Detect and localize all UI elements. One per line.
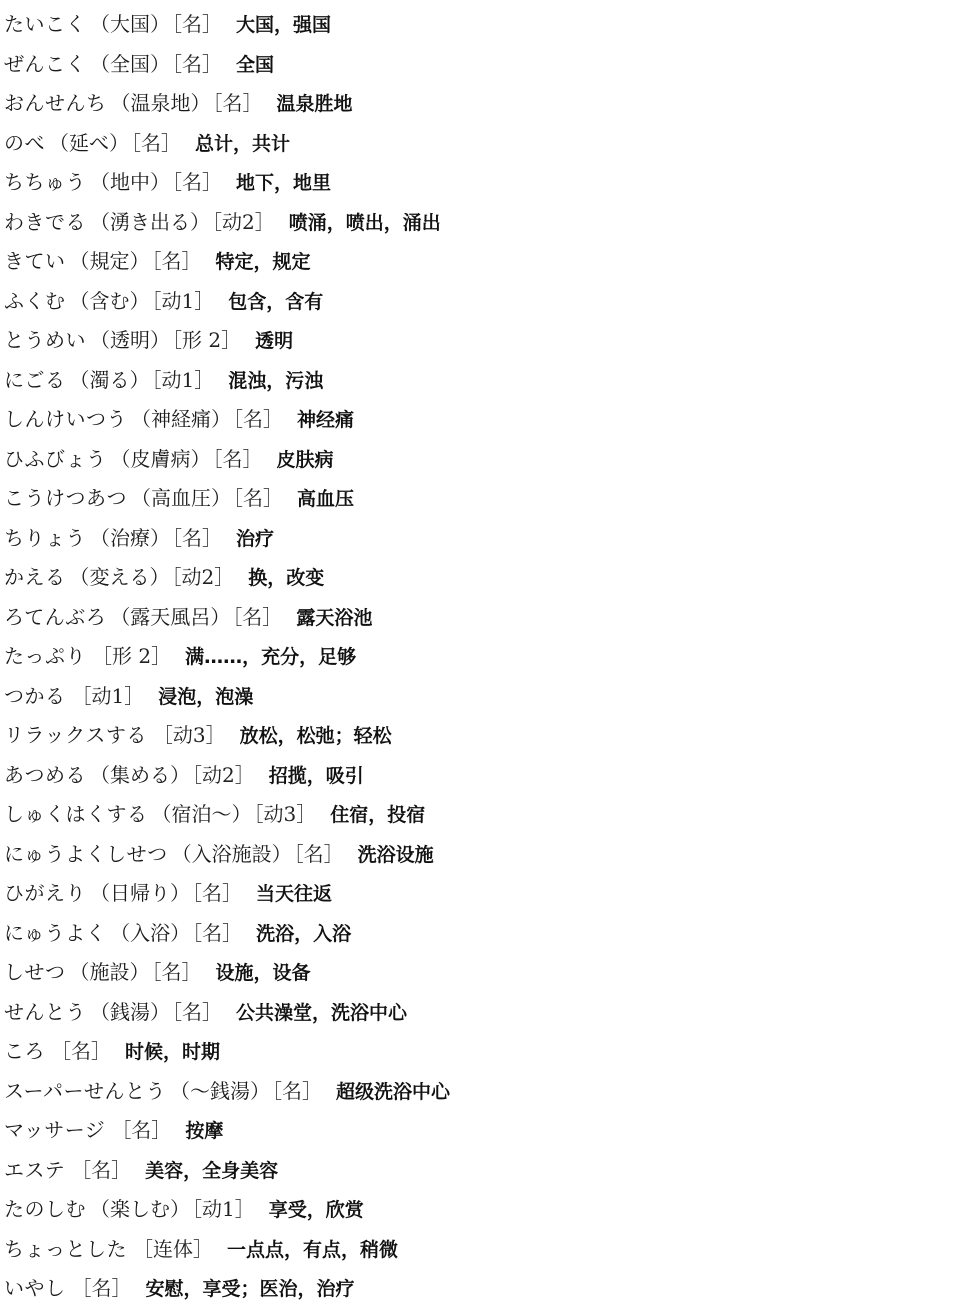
entry-reading: にごる [4,368,66,392]
entry-reading: しんけいつう [4,407,127,431]
entry-meaning: 住宿，投宿 [330,804,425,826]
entry-meaning: 满……，充分，足够 [185,646,356,668]
entry-meaning: 透明 [255,330,293,352]
entry-part-of-speech: ［名］ [233,407,283,431]
entry-meaning: 放松，松弛；轻松 [240,725,392,747]
entry-meaning: 地下，地里 [236,172,331,194]
entry-reading: しせつ [4,960,66,984]
entry-part-of-speech: ［动1］ [152,368,215,392]
entry-reading: ろてんぶろ [4,605,106,629]
entry-reading: スーパーせんとう [4,1079,166,1103]
entry-part-of-speech: ［动1］ [192,1197,255,1221]
vocabulary-list: たいこく（大国）［名］大国，强国 ぜんこく（全国）［名］全国 おんせんち（温泉地… [4,6,450,1310]
entry-kanji: （施設） [70,960,150,984]
entry-meaning: 包含，含有 [228,291,323,313]
entry-kanji: （全国） [90,52,170,76]
entry-kanji: （楽しむ） [90,1197,190,1221]
entry-reading: エステ [4,1158,65,1182]
entry-reading: あつめる [4,763,86,787]
entry-meaning: 喷涌，喷出，涌出 [289,212,441,234]
entry-part-of-speech: ［名］ [152,249,202,273]
vocabulary-entry: ころ［名］时候，时期 [4,1033,450,1073]
vocabulary-entry: にごる（濁る）［动1］混浊，污浊 [4,362,450,402]
entry-meaning: 总计，共计 [195,133,290,155]
vocabulary-entry: マッサージ［名］按摩 [4,1112,450,1152]
entry-meaning: 享受，欣赏 [269,1199,364,1221]
entry-reading: たっぷり [4,644,86,668]
vocabulary-entry: つかる［动1］浸泡，泡澡 [4,678,450,718]
entry-kanji: （湧き出る） [90,210,210,234]
entry-meaning: 温泉胜地 [277,93,353,115]
vocabulary-entry: しせつ（施設）［名］设施，设备 [4,954,450,994]
entry-meaning: 时候，时期 [125,1041,220,1063]
entry-reading: きてい [4,249,66,273]
entry-part-of-speech: ［名］ [233,486,283,510]
entry-kanji: （地中） [90,170,170,194]
entry-meaning: 露天浴池 [296,607,372,629]
entry-part-of-speech: ［名］ [172,12,222,36]
vocabulary-entry: スーパーせんとう（～銭湯）［名］超级洗浴中心 [4,1073,450,1113]
entry-kanji: （入浴施設） [172,842,292,866]
entry-kanji: （高血圧） [131,486,231,510]
entry-meaning: 公共澡堂，洗浴中心 [236,1002,407,1024]
vocabulary-entry: わきでる（湧き出る）［动2］喷涌，喷出，涌出 [4,204,450,244]
entry-reading: せんとう [4,1000,86,1024]
entry-part-of-speech: ［形 2］ [172,328,241,352]
entry-reading: たいこく [4,12,86,36]
entry-reading: いやし [4,1276,66,1300]
vocabulary-entry: いやし［名］安慰，享受；医治，治疗 [4,1270,450,1310]
vocabulary-entry: ちりょう（治療）［名］治疗 [4,520,450,560]
entry-kanji: （濁る） [70,368,150,392]
entry-part-of-speech: ［动1］ [72,684,145,708]
entry-reading: マッサージ [4,1118,105,1142]
vocabulary-entry: せんとう（銭湯）［名］公共澡堂，洗浴中心 [4,994,450,1034]
entry-kanji: （神経痛） [131,407,231,431]
entry-kanji: （規定） [70,249,150,273]
vocabulary-entry: ひがえり（日帰り）［名］当天往返 [4,875,450,915]
entry-reading: にゅうよく [4,921,106,945]
entry-part-of-speech: ［名］ [272,1079,322,1103]
entry-kanji: （治療） [90,526,170,550]
entry-kanji: （露天風呂） [110,605,230,629]
entry-meaning: 超级洗浴中心 [336,1081,450,1103]
entry-part-of-speech: ［动2］ [212,210,275,234]
entry-kanji: （入浴） [110,921,190,945]
entry-kanji: （銭湯） [90,1000,170,1024]
entry-meaning: 换，改变 [248,567,324,589]
entry-reading: しゅくはくする [4,802,148,826]
entry-reading: ふくむ [4,289,66,313]
entry-part-of-speech: ［名］ [172,526,222,550]
entry-part-of-speech: ［名］ [51,1039,111,1063]
entry-reading: とうめい [4,328,86,352]
vocabulary-entry: リラックスする［动3］放松，松弛；轻松 [4,717,450,757]
vocabulary-entry: エステ［名］美容，全身美容 [4,1152,450,1192]
entry-reading: こうけつあつ [4,486,127,510]
entry-meaning: 洗浴设施 [358,844,434,866]
vocabulary-entry: あつめる（集める）［动2］招揽，吸引 [4,757,450,797]
entry-reading: おんせんち [4,91,107,115]
entry-part-of-speech: ［动3］ [153,723,226,747]
entry-reading: ぜんこく [4,52,86,76]
vocabulary-entry: たのしむ（楽しむ）［动1］享受，欣赏 [4,1191,450,1231]
entry-reading: ひがえり [4,881,86,905]
entry-reading: ちょっとした [4,1237,127,1261]
entry-reading: ころ [4,1039,45,1063]
vocabulary-entry: のべ（延べ）［名］总计，共计 [4,125,450,165]
vocabulary-entry: たいこく（大国）［名］大国，强国 [4,6,450,46]
entry-kanji: （～銭湯） [170,1079,270,1103]
entry-reading: リラックスする [4,723,147,747]
entry-kanji: （宿泊～） [152,802,252,826]
entry-part-of-speech: ［名］ [72,1276,132,1300]
entry-part-of-speech: ［名］ [111,1118,171,1142]
entry-meaning: 安慰，享受；医治，治疗 [146,1278,355,1300]
vocabulary-entry: とうめい（透明）［形 2］透明 [4,322,450,362]
vocabulary-entry: しんけいつう（神経痛）［名］神经痛 [4,401,450,441]
entry-kanji: （透明） [90,328,170,352]
entry-meaning: 浸泡，泡澡 [158,686,253,708]
vocabulary-entry: きてい（規定）［名］特定，规定 [4,243,450,283]
entry-reading: つかる [4,684,66,708]
entry-reading: ひふびょう [4,447,107,471]
entry-part-of-speech: ［名］ [152,960,202,984]
entry-meaning: 按摩 [185,1120,223,1142]
entry-kanji: （温泉地） [111,91,211,115]
vocabulary-entry: しゅくはくする（宿泊～）［动3］住宿，投宿 [4,796,450,836]
entry-part-of-speech: ［名］ [213,447,263,471]
entry-meaning: 大国，强国 [236,14,331,36]
entry-reading: たのしむ [4,1197,86,1221]
entry-part-of-speech: ［名］ [71,1158,131,1182]
entry-part-of-speech: ［名］ [294,842,344,866]
entry-kanji: （皮膚病） [111,447,211,471]
entry-meaning: 设施，设备 [216,962,311,984]
entry-meaning: 当天往返 [256,883,332,905]
entry-meaning: 一点点，有点，稍微 [227,1239,398,1261]
vocabulary-entry: にゅうよくしせつ（入浴施設）［名］洗浴设施 [4,836,450,876]
entry-meaning: 皮肤病 [277,449,334,471]
entry-meaning: 美容，全身美容 [145,1160,278,1182]
vocabulary-entry: ろてんぶろ（露天風呂）［名］露天浴池 [4,599,450,639]
entry-kanji: （日帰り） [90,881,190,905]
entry-reading: わきでる [4,210,86,234]
entry-kanji: （変える） [70,565,170,589]
entry-part-of-speech: ［名］ [172,1000,222,1024]
entry-part-of-speech: ［名］ [172,52,222,76]
vocabulary-entry: たっぷり［形 2］满……，充分，足够 [4,638,450,678]
entry-reading: かえる [4,565,66,589]
vocabulary-entry: ちょっとした［连体］一点点，有点，稍微 [4,1231,450,1271]
vocabulary-entry: ひふびょう（皮膚病）［名］皮肤病 [4,441,450,481]
entry-kanji: （大国） [90,12,170,36]
entry-reading: ちちゅう [4,170,86,194]
entry-meaning: 招揽，吸引 [269,765,364,787]
entry-meaning: 特定，规定 [216,251,311,273]
entry-kanji: （延べ） [49,131,129,155]
entry-reading: ちりょう [4,526,86,550]
entry-part-of-speech: ［名］ [172,170,222,194]
entry-part-of-speech: ［动3］ [254,802,317,826]
entry-meaning: 全国 [236,54,274,76]
entry-meaning: 混浊，污浊 [228,370,323,392]
entry-meaning: 神经痛 [297,409,354,431]
vocabulary-entry: こうけつあつ（高血圧）［名］高血压 [4,480,450,520]
entry-part-of-speech: ［动1］ [152,289,215,313]
vocabulary-entry: ぜんこく（全国）［名］全国 [4,46,450,86]
entry-reading: のべ [4,131,45,155]
entry-part-of-speech: ［名］ [232,605,282,629]
entry-part-of-speech: ［动2］ [172,565,235,589]
entry-part-of-speech: ［动2］ [192,763,255,787]
vocabulary-entry: にゅうよく（入浴）［名］洗浴，入浴 [4,915,450,955]
vocabulary-entry: おんせんち（温泉地）［名］温泉胜地 [4,85,450,125]
entry-kanji: （集める） [90,763,190,787]
entry-kanji: （含む） [70,289,150,313]
entry-meaning: 洗浴，入浴 [256,923,351,945]
entry-part-of-speech: ［名］ [213,91,263,115]
entry-part-of-speech: ［名］ [131,131,181,155]
entry-part-of-speech: ［连体］ [133,1237,213,1261]
vocabulary-entry: ちちゅう（地中）［名］地下，地里 [4,164,450,204]
entry-part-of-speech: ［名］ [192,881,242,905]
entry-part-of-speech: ［名］ [192,921,242,945]
vocabulary-entry: ふくむ（含む）［动1］包含，含有 [4,283,450,323]
entry-part-of-speech: ［形 2］ [92,644,171,668]
vocabulary-entry: かえる（変える）［动2］换，改变 [4,559,450,599]
entry-meaning: 高血压 [297,488,354,510]
entry-meaning: 治疗 [236,528,274,550]
entry-reading: にゅうよくしせつ [4,842,168,866]
